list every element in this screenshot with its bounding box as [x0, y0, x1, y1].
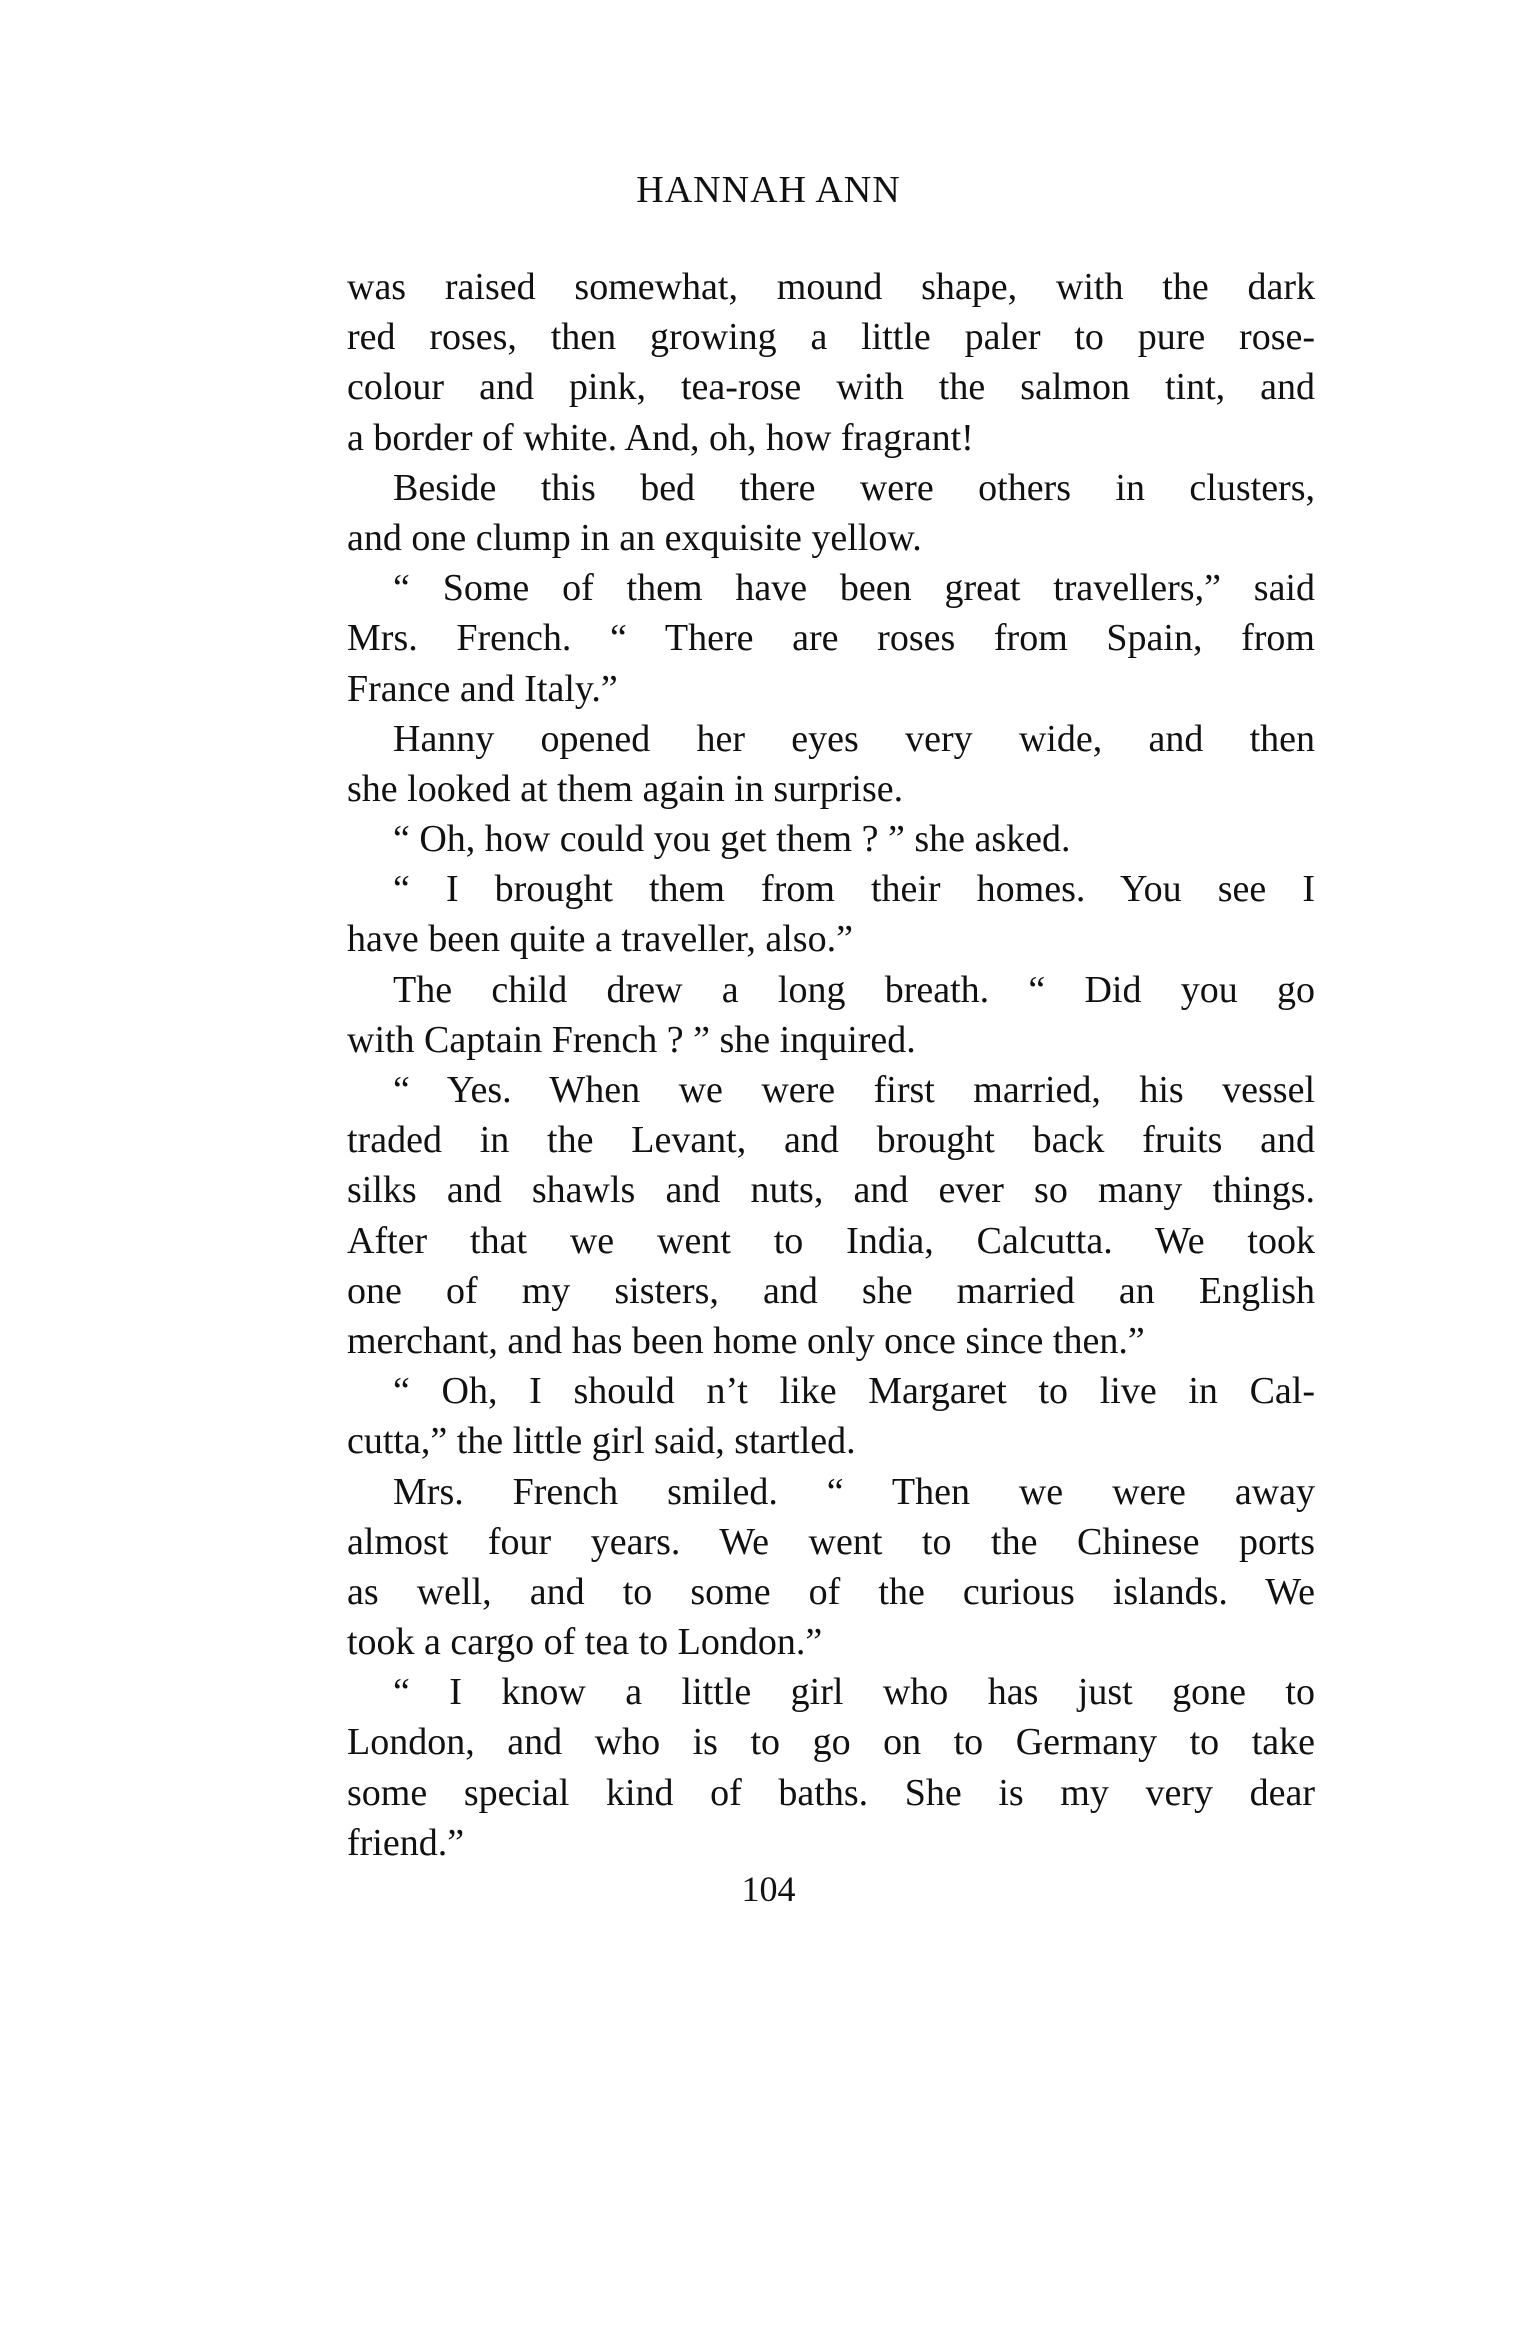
text-line: silks and shawls and nuts, and ever so m… — [347, 1165, 1315, 1215]
body-text: was raised somewhat, mound shape, with t… — [347, 262, 1315, 1868]
text-line: Beside this bed there were others in clu… — [347, 463, 1315, 513]
text-line: Mrs. French. “ There are roses from Spai… — [347, 613, 1315, 663]
text-line: “ Oh, I should n’t like Margaret to live… — [347, 1366, 1315, 1416]
text-line: have been quite a traveller, also.” — [347, 914, 1315, 964]
text-line: she looked at them again in surprise. — [347, 764, 1315, 814]
running-head: HANNAH ANN — [0, 168, 1537, 212]
text-line: “ Some of them have been great traveller… — [347, 563, 1315, 613]
text-line: London, and who is to go on to Germany t… — [347, 1717, 1315, 1767]
book-page: HANNAH ANN was raised somewhat, mound sh… — [0, 0, 1537, 2336]
text-line: France and Italy.” — [347, 664, 1315, 714]
text-line: with Captain French ? ” she inquired. — [347, 1015, 1315, 1065]
text-line: “ Oh, how could you get them ? ” she ask… — [347, 814, 1315, 864]
text-line: After that we went to India, Calcutta. W… — [347, 1216, 1315, 1266]
text-line: some special kind of baths. She is my ve… — [347, 1768, 1315, 1818]
text-line: almost four years. We went to the Chines… — [347, 1517, 1315, 1567]
text-line: “ I brought them from their homes. You s… — [347, 864, 1315, 914]
text-line: “ I know a little girl who has just gone… — [347, 1667, 1315, 1717]
text-line: Mrs. French smiled. “ Then we were away — [347, 1467, 1315, 1517]
text-line: took a cargo of tea to London.” — [347, 1617, 1315, 1667]
text-line: red roses, then growing a little paler t… — [347, 312, 1315, 362]
text-line: “ Yes. When we were first married, his v… — [347, 1065, 1315, 1115]
text-line: cutta,” the little girl said, startled. — [347, 1416, 1315, 1466]
text-line: Hanny opened her eyes very wide, and the… — [347, 714, 1315, 764]
page-number: 104 — [0, 1868, 1537, 1910]
text-line: as well, and to some of the curious isla… — [347, 1567, 1315, 1617]
text-line: and one clump in an exquisite yellow. — [347, 513, 1315, 563]
text-line: merchant, and has been home only once si… — [347, 1316, 1315, 1366]
text-line: The child drew a long breath. “ Did you … — [347, 965, 1315, 1015]
text-line: traded in the Levant, and brought back f… — [347, 1115, 1315, 1165]
text-line: one of my sisters, and she married an En… — [347, 1266, 1315, 1316]
text-line: friend.” — [347, 1818, 1315, 1868]
text-line: colour and pink, tea-rose with the salmo… — [347, 362, 1315, 412]
text-line: a border of white. And, oh, how fragrant… — [347, 413, 1315, 463]
text-line: was raised somewhat, mound shape, with t… — [347, 262, 1315, 312]
